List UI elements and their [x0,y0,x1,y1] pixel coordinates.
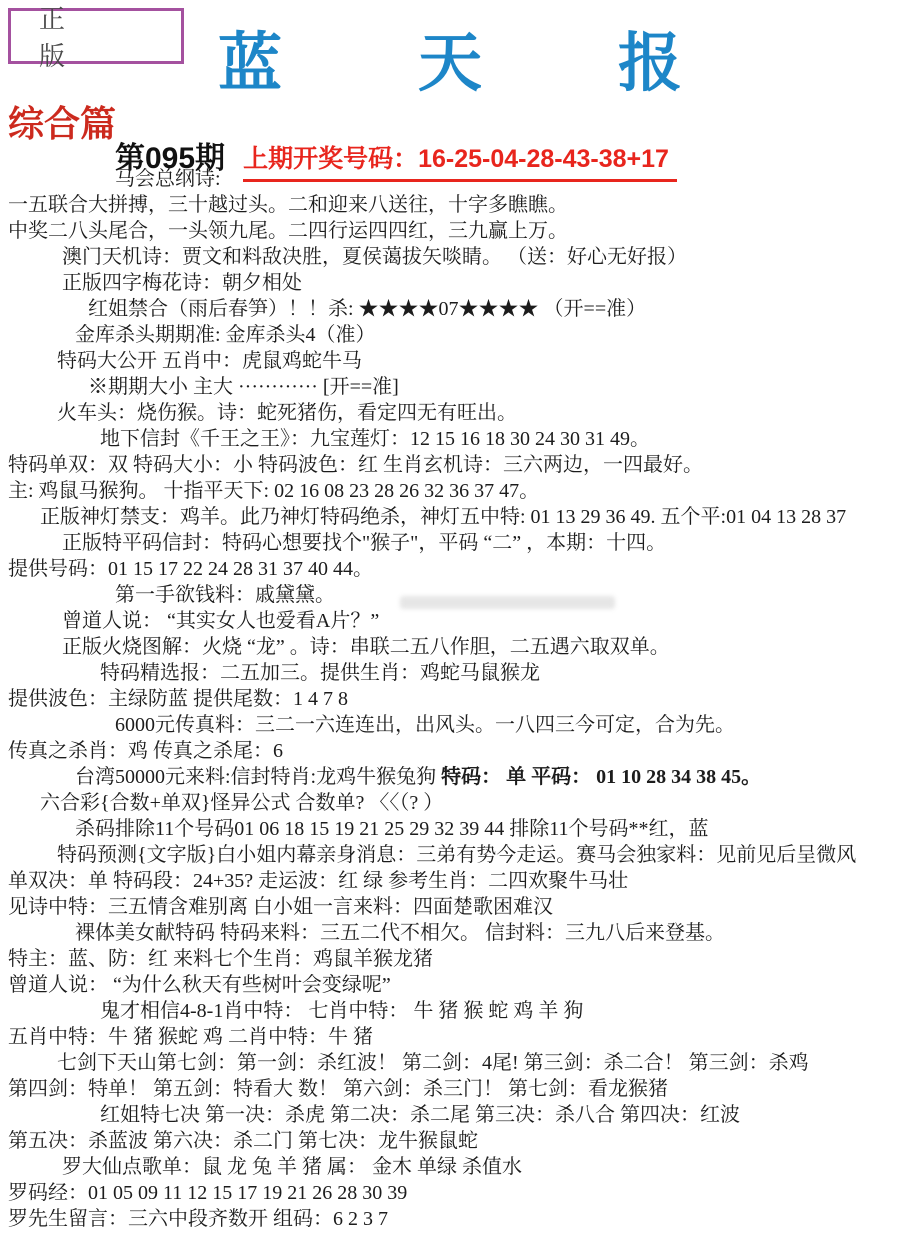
text-segment: 见诗中特：三五情含难别离 白小姐一言来料：四面楚歌困难汉 [8,896,553,918]
text-segment: 提供波色：主绿防蓝 提供尾数：1 4 7 8 [8,688,348,710]
text-segment: 裸体美女献特码 特码来料：三五二代不相欠。 信封料：三九八后来登基。 [75,922,725,944]
text-segment: 特码预测{文字版}白小姐内幕亲身消息：三弟有势今走运。赛马会独家料：见前见后呈微… [57,844,856,866]
text-segment: ※期期大小 主大 ············ [开==准] [88,376,399,398]
text-line-18: 曾道人说： “其实女人也爱看A片？” [0,608,900,634]
text-segment: 第四剑：特单！ 第五剑：特看大 数！ 第六剑：杀三门！ 第七剑：看龙猴猪 [8,1078,668,1100]
text-segment: 曾道人说： “其实女人也爱看A片？” [62,610,379,632]
newspaper-title: 蓝 天 报 [0,12,900,104]
text-line-8: 特码大公开 五肖中：虎鼠鸡蛇牛马 [0,348,900,374]
text-line-26: 杀码排除11个号码01 06 18 15 19 21 25 29 32 39 4… [0,816,900,842]
text-line-38: 第五决：杀蓝波 第六决：杀二门 第七决：龙牛猴鼠蛇 [0,1128,900,1154]
text-segment: 正版特平码信封：特码心想要找个"猴子"，平码 “二” ，本期：十四。 [62,532,666,554]
text-segment: 第一手欲钱料：戚黛黛。 [115,584,335,606]
text-segment: 6000元传真料：三二一六连连出，出风头。一八四三今可定，合为先。 [115,714,735,736]
text-segment: 正版火烧图解：火烧 “龙” 。诗：串联二五八作胆，二五遇六取双单。 [62,636,670,658]
text-line-15: 正版特平码信封：特码心想要找个"猴子"，平码 “二” ，本期：十四。 [0,530,900,556]
text-segment: 鬼才相信4-8-1肖中特： 七肖中特： 牛 猪 猴 蛇 鸡 羊 狗 [100,1000,583,1022]
text-line-39: 罗大仙点歌单：鼠 龙 兔 羊 猪 属： 金木 单绿 杀值水 [0,1154,900,1180]
text-line-24: 台湾50000元来料:信封特肖:龙鸡牛猴兔狗 特码： 单 平码： 01 10 2… [0,764,900,790]
text-segment: 正版神灯禁支：鸡羊。此乃神灯特码绝杀，神灯五中特: 01 13 29 36 49… [40,506,846,528]
text-segment: 特码单双：双 特码大小：小 特码波色：红 生肖玄机诗：三六两边，一四最好。 [8,454,703,476]
text-segment: 罗大仙点歌单：鼠 龙 兔 羊 猪 属： 金木 单绿 杀值水 [62,1156,522,1178]
text-segment: 第五决：杀蓝波 第六决：杀二门 第七决：龙牛猴鼠蛇 [8,1130,478,1152]
text-line-36: 第四剑：特单！ 第五剑：特看大 数！ 第六剑：杀三门！ 第七剑：看龙猴猪 [0,1076,900,1102]
text-line-20: 特码精选报：二五加三。提供生肖：鸡蛇马鼠猴龙 [0,660,900,686]
text-line-27: 特码预测{文字版}白小姐内幕亲身消息：三弟有势今走运。赛马会独家料：见前见后呈微… [0,842,900,868]
text-line-33: 鬼才相信4-8-1肖中特： 七肖中特： 牛 猪 猴 蛇 鸡 羊 狗 [0,998,900,1024]
text-line-12: 特码单双：双 特码大小：小 特码波色：红 生肖玄机诗：三六两边，一四最好。 [0,452,900,478]
text-segment: 罗先生留言：三六中段齐数开 组码：6 2 3 7 [8,1208,388,1230]
text-line-32: 曾道人说： “为什么秋天有些树叶会变绿呢” [0,972,900,998]
text-line-30: 裸体美女献特码 特码来料：三五二代不相欠。 信封料：三九八后来登基。 [0,920,900,946]
text-line-13: 主: 鸡鼠马猴狗。 十指平天下: 02 16 08 23 28 26 32 36… [0,478,900,504]
text-line-22: 6000元传真料：三二一六连连出，出风头。一八四三今可定，合为先。 [0,712,900,738]
text-segment: 主: 鸡鼠马猴狗。 十指平天下: 02 16 08 23 28 26 32 36… [8,480,539,502]
text-line-7: 金库杀头期期准: 金库杀头4（准） [0,322,900,348]
text-line-5: 正版四字梅花诗：朝夕相处 [0,270,900,296]
text-line-6: 红姐禁合（雨后春笋）！！杀: ★★★★07★★★★ （开==准） [0,296,900,322]
text-line-19: 正版火烧图解：火烧 “龙” 。诗：串联二五八作胆，二五遇六取双单。 [0,634,900,660]
text-segment: 地下信封《千王之王》：九宝莲灯：12 15 16 18 30 24 30 31 … [100,428,650,450]
text-segment: 曾道人说： “为什么秋天有些树叶会变绿呢” [8,974,391,996]
text-segment: 特码： 单 平码： 01 10 28 34 38 45。 [441,766,761,788]
text-segment: 澳门天机诗：贾文和料敌决胜，夏侯蔼拔矢啖睛。 （送：好心无好报） [62,246,687,268]
text-segment: 五肖中特：牛 猪 猴蛇 鸡 二肖中特：牛 猪 [8,1026,373,1048]
text-segment: 火车头：烧伤猴。诗：蛇死猪伤，看定四无有旺出。 [57,402,517,424]
text-line-25: 六合彩{合数+单双}怪异公式 合数单? 〈〈（? ） [0,790,900,816]
text-segment: 特码大公开 五肖中：虎鼠鸡蛇牛马 [57,350,362,372]
text-line-34: 五肖中特：牛 猪 猴蛇 鸡 二肖中特：牛 猪 [0,1024,900,1050]
text-segment: 金库杀头期期准: 金库杀头4（准） [75,324,376,346]
text-line-10: 火车头：烧伤猴。诗：蛇死猪伤，看定四无有旺出。 [0,400,900,426]
text-line-16: 提供号码：01 15 17 22 24 28 31 37 40 44。 [0,556,900,582]
text-line-1: 马会总纲诗: [0,166,900,192]
text-line-23: 传真之杀肖：鸡 传真之杀尾：6 [0,738,900,764]
text-segment: 单双决：单 特码段：24+35? 走运波：红 绿 参考生肖：二四欢聚牛马壮 [8,870,628,892]
text-line-4: 澳门天机诗：贾文和料敌决胜，夏侯蔼拔矢啖睛。 （送：好心无好报） [0,244,900,270]
text-segment: 七剑下天山第七剑：第一剑：杀红波！ 第二剑：4尾! 第三剑：杀二合！ 第三剑：杀… [57,1052,809,1074]
text-segment: 特码精选报：二五加三。提供生肖：鸡蛇马鼠猴龙 [100,662,540,684]
text-segment: 特主：蓝、防：红 来料七个生肖：鸡鼠羊猴龙猪 [8,948,433,970]
text-segment: 马会总纲诗: [115,168,221,190]
text-segment: 杀码排除11个号码01 06 18 15 19 21 25 29 32 39 4… [75,818,709,840]
erased-text-smudge [400,596,615,609]
text-line-21: 提供波色：主绿防蓝 提供尾数：1 4 7 8 [0,686,900,712]
text-segment: 中奖二八头尾合，一头领九尾。二四行运四四红，三九赢上万。 [8,220,568,242]
text-line-29: 见诗中特：三五情含难别离 白小姐一言来料：四面楚歌困难汉 [0,894,900,920]
text-line-41: 罗先生留言：三六中段齐数开 组码：6 2 3 7 [0,1206,900,1232]
text-segment: 传真之杀肖：鸡 传真之杀尾：6 [8,740,283,762]
text-segment: 正版四字梅花诗：朝夕相处 [62,272,302,294]
text-segment: 一五联合大拼搏，三十越过头。二和迎来八送往，十字多瞧瞧。 [8,194,568,216]
text-segment: 提供号码：01 15 17 22 24 28 31 37 40 44。 [8,558,373,580]
text-segment: 台湾50000元来料:信封特肖:龙鸡牛猴兔狗 [75,766,441,788]
text-segment: 罗码经：01 05 09 11 12 15 17 19 21 26 28 30 … [8,1182,407,1204]
text-segment: 红姐特七决 第一决：杀虎 第二决：杀二尾 第三决：杀八合 第四决：红波 [100,1104,740,1126]
section-heading: 综合篇 [8,96,116,147]
text-line-35: 七剑下天山第七剑：第一剑：杀红波！ 第二剑：4尾! 第三剑：杀二合！ 第三剑：杀… [0,1050,900,1076]
text-segment: 红姐禁合（雨后春笋）！！杀: ★★★★07★★★★ （开==准） [88,298,646,320]
text-line-9: ※期期大小 主大 ············ [开==准] [0,374,900,400]
text-line-11: 地下信封《千王之王》：九宝莲灯：12 15 16 18 30 24 30 31 … [0,426,900,452]
text-segment: 六合彩{合数+单双}怪异公式 合数单? 〈〈（? ） [40,792,443,814]
text-line-14: 正版神灯禁支：鸡羊。此乃神灯特码绝杀，神灯五中特: 01 13 29 36 49… [0,504,900,530]
text-line-37: 红姐特七决 第一决：杀虎 第二决：杀二尾 第三决：杀八合 第四决：红波 [0,1102,900,1128]
text-line-40: 罗码经：01 05 09 11 12 15 17 19 21 26 28 30 … [0,1180,900,1206]
text-line-31: 特主：蓝、防：红 来料七个生肖：鸡鼠羊猴龙猪 [0,946,900,972]
body-lines: 马会总纲诗:一五联合大拼搏，三十越过头。二和迎来八送往，十字多瞧瞧。中奖二八头尾… [0,166,900,1232]
text-line-2: 一五联合大拼搏，三十越过头。二和迎来八送往，十字多瞧瞧。 [0,192,900,218]
text-line-28: 单双决：单 特码段：24+35? 走运波：红 绿 参考生肖：二四欢聚牛马壮 [0,868,900,894]
text-line-3: 中奖二八头尾合，一头领九尾。二四行运四四红，三九赢上万。 [0,218,900,244]
